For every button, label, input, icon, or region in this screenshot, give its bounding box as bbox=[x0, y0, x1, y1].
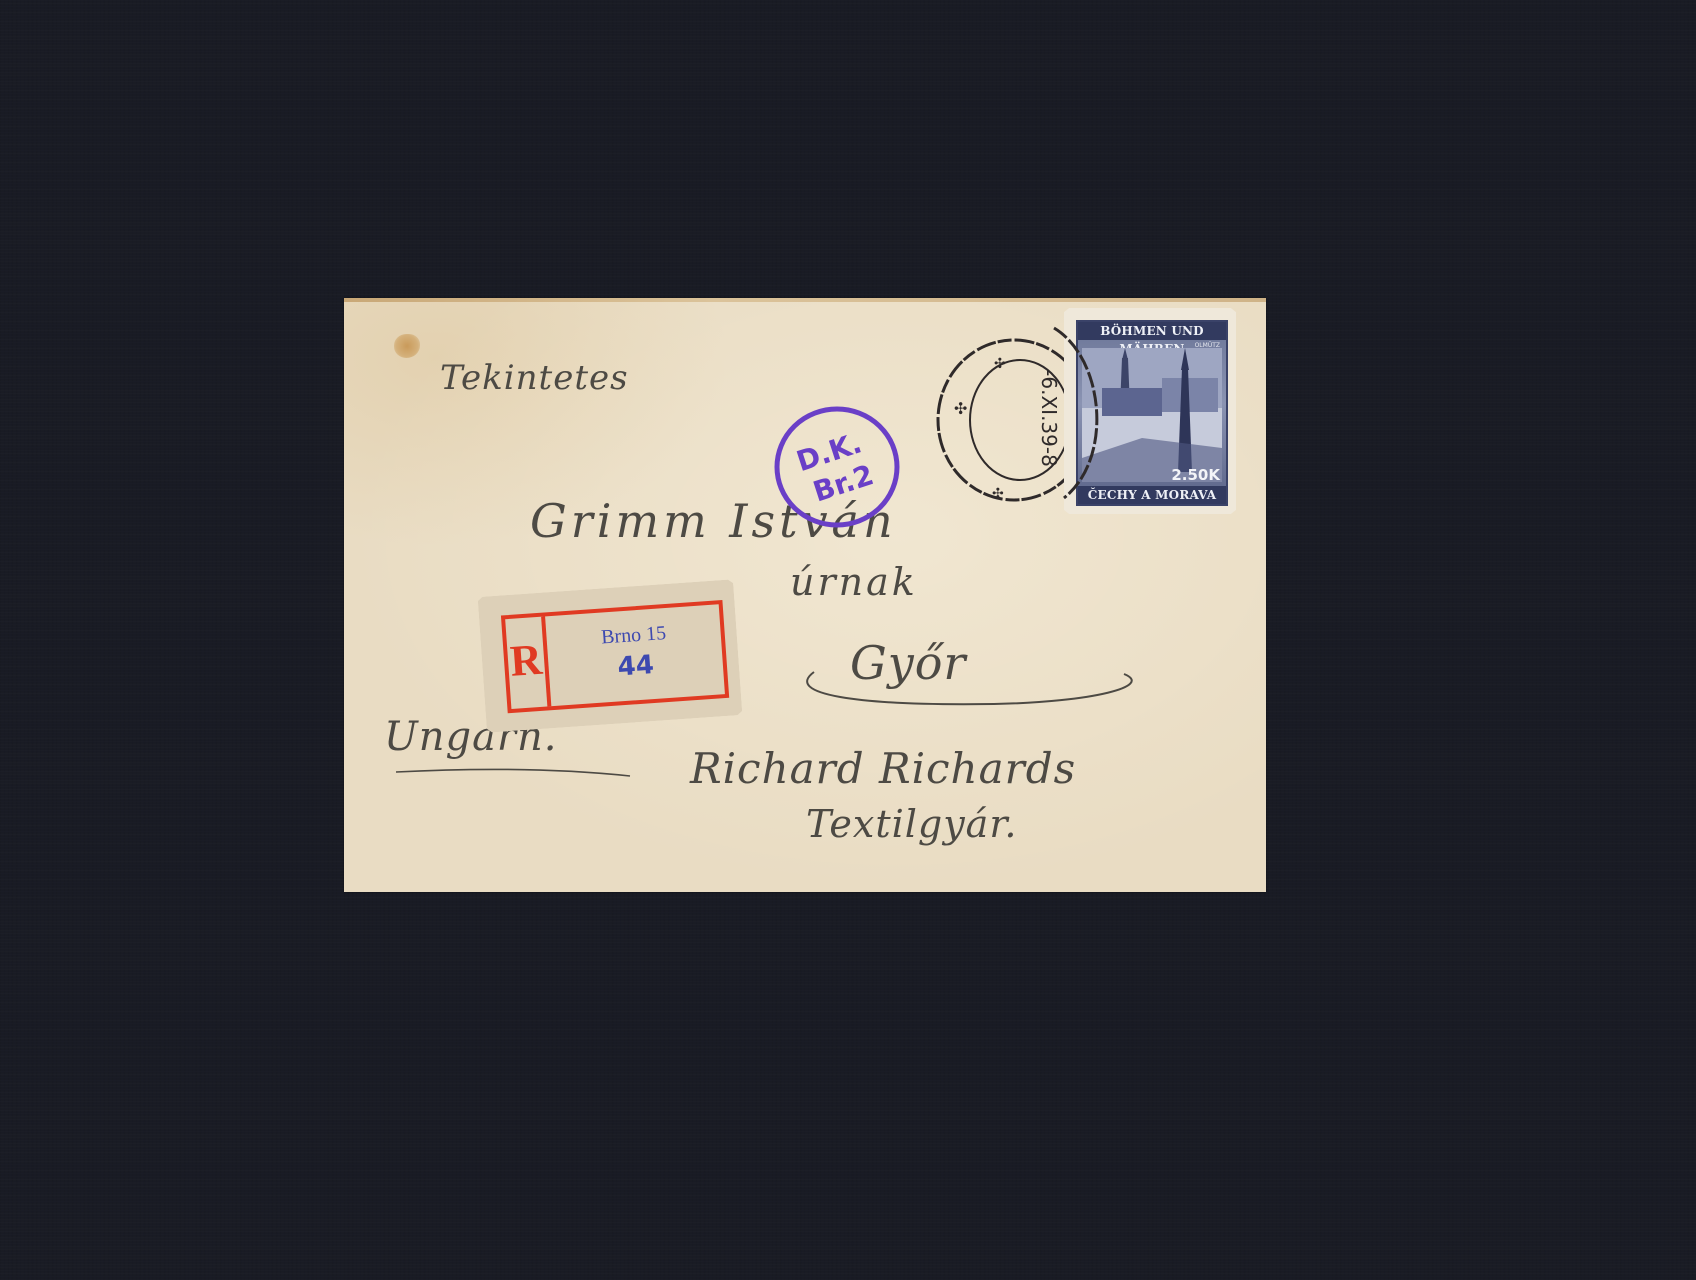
country-underline bbox=[394, 766, 634, 780]
water-stain bbox=[394, 334, 420, 358]
svg-text:✣: ✣ bbox=[994, 356, 1006, 372]
company-type: Textilgyár. bbox=[806, 802, 1017, 846]
stamp-value: 2.50K bbox=[1171, 466, 1220, 484]
censor-handstamp: D.K. Br.2 bbox=[772, 404, 902, 530]
city-underline-swash bbox=[794, 664, 1144, 714]
registration-number: 44 bbox=[548, 645, 724, 687]
company-name: Richard Richards bbox=[690, 744, 1076, 793]
svg-text:✣: ✣ bbox=[954, 399, 967, 418]
registration-label: R Brno 15 44 bbox=[478, 579, 743, 733]
salutation: Tekintetes bbox=[440, 358, 629, 398]
envelope: Tekintetes Grimm István úrnak Győr Ungar… bbox=[344, 298, 1266, 892]
postmark-overprint-arc bbox=[1044, 318, 1124, 508]
svg-text:✣: ✣ bbox=[992, 486, 1004, 502]
recipient-suffix: úrnak bbox=[790, 560, 918, 604]
registration-letter: R bbox=[505, 616, 551, 709]
